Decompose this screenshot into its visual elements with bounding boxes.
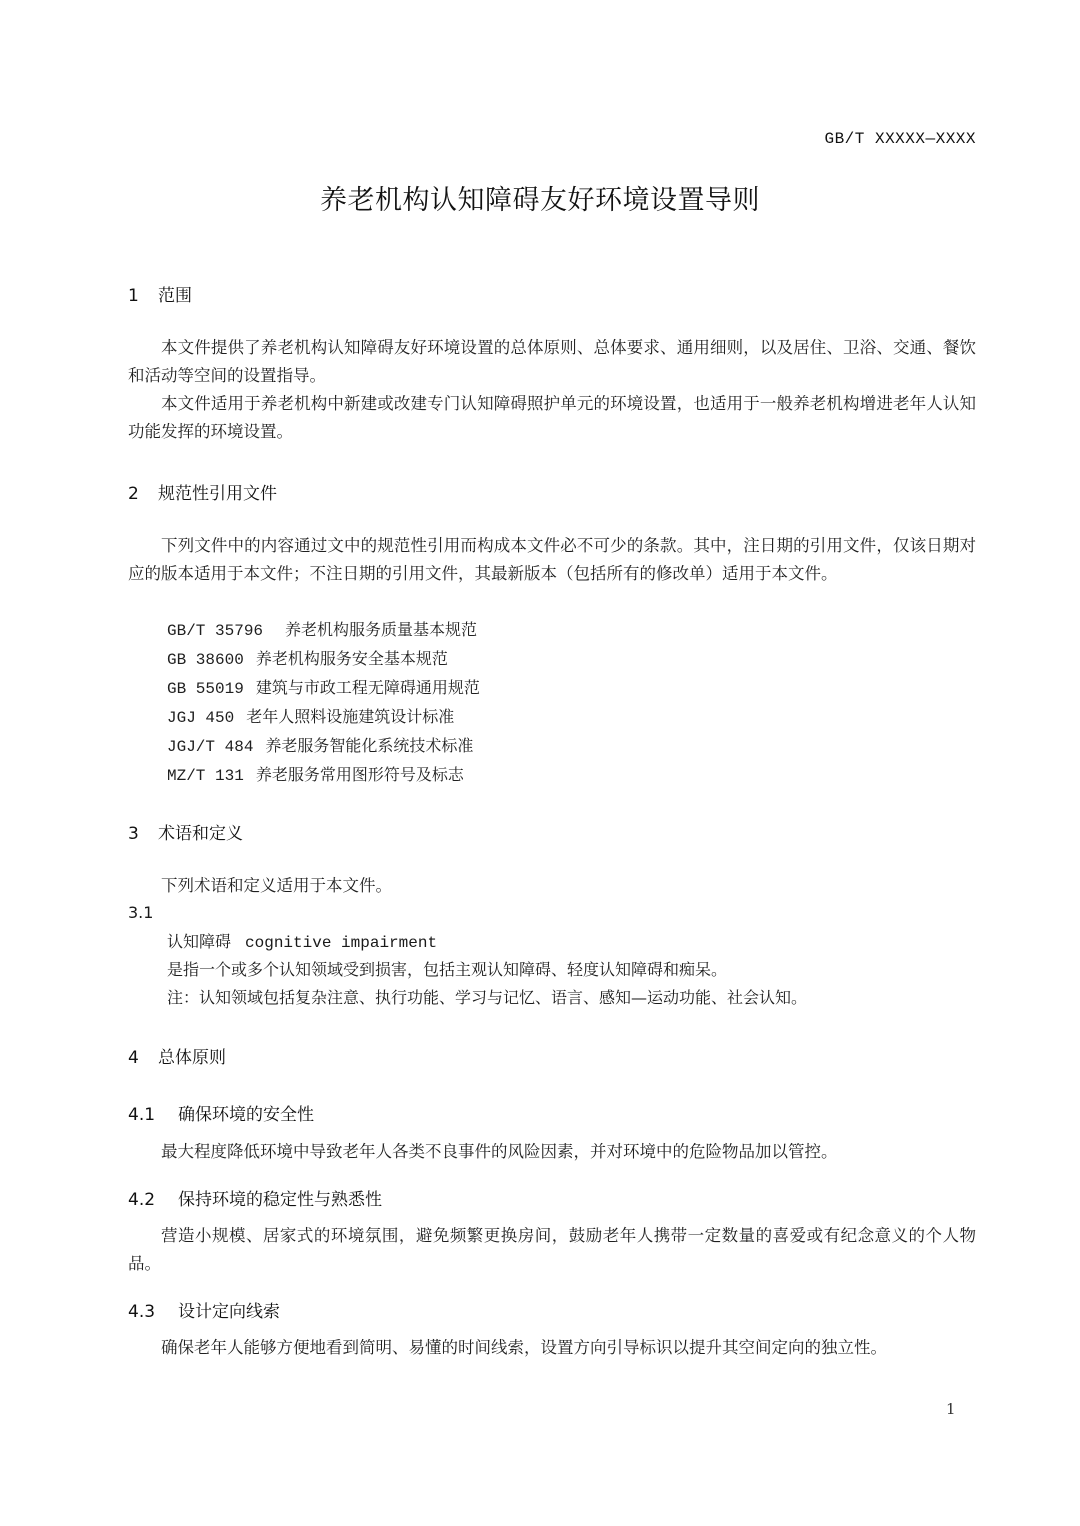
reference-item: JGJ/T 484养老服务智能化系统技术标准 — [167, 732, 976, 761]
subsection-number: 4.3 — [128, 1302, 178, 1322]
reference-title: 养老服务常用图形符号及标志 — [256, 765, 464, 784]
term-definition: 是指一个或多个认知领域受到损害，包括主观认知障碍、轻度认知障碍和痴呆。 — [167, 956, 976, 984]
reference-item: GB/T 35796养老机构服务质量基本规范 — [167, 616, 976, 645]
reference-title: 建筑与市政工程无障碍通用规范 — [256, 678, 480, 697]
reference-title: 养老机构服务安全基本规范 — [256, 649, 448, 668]
section-number: 3 — [128, 824, 158, 844]
reference-item: MZ/T 131养老服务常用图形符号及标志 — [167, 761, 976, 790]
section-heading-4: 4总体原则 — [128, 1043, 976, 1068]
section-title: 范围 — [158, 286, 192, 306]
term-english: cognitive impairment — [245, 934, 437, 952]
reference-item: JGJ 450老年人照料设施建筑设计标准 — [167, 703, 976, 732]
section-title: 术语和定义 — [158, 824, 243, 844]
normative-reference-list: GB/T 35796养老机构服务质量基本规范 GB 38600养老机构服务安全基… — [167, 616, 976, 790]
reference-code: MZ/T 131 — [167, 767, 244, 785]
reference-item: GB 55019建筑与市政工程无障碍通用规范 — [167, 674, 976, 703]
subsection-4-2-text: 营造小规模、居家式的环境氛围，避免频繁更换房间，鼓励老年人携带一定数量的喜爱或有… — [128, 1222, 976, 1278]
section-heading-2: 2规范性引用文件 — [128, 479, 976, 504]
subsection-number: 4.2 — [128, 1190, 178, 1210]
reference-title: 养老服务智能化系统技术标准 — [265, 736, 473, 755]
subsection-title: 确保环境的安全性 — [178, 1105, 314, 1125]
section-heading-1: 1范围 — [128, 281, 976, 306]
section-3-intro: 下列术语和定义适用于本文件。 — [128, 872, 976, 900]
reference-item: GB 38600养老机构服务安全基本规范 — [167, 645, 976, 674]
subsection-number: 4.1 — [128, 1105, 178, 1125]
subsection-heading-4-2: 4.2保持环境的稳定性与熟悉性 — [128, 1185, 976, 1210]
reference-title: 老年人照料设施建筑设计标准 — [246, 707, 454, 726]
subsection-heading-4-1: 4.1确保环境的安全性 — [128, 1100, 976, 1125]
document-page: GB/T XXXXX—XXXX 养老机构认知障碍友好环境设置导则 1范围 本文件… — [0, 0, 1080, 1526]
section-2-intro: 下列文件中的内容通过文中的规范性引用而构成本文件必不可少的条款。其中，注日期的引… — [128, 532, 976, 588]
section-heading-3: 3术语和定义 — [128, 819, 976, 844]
subsection-title: 保持环境的稳定性与熟悉性 — [178, 1190, 382, 1210]
section-number: 4 — [128, 1048, 158, 1068]
reference-code: JGJ/T 484 — [167, 738, 253, 756]
section-title: 总体原则 — [158, 1048, 226, 1068]
reference-title: 养老机构服务质量基本规范 — [285, 620, 477, 639]
section-number: 2 — [128, 484, 158, 504]
section-title: 规范性引用文件 — [158, 484, 277, 504]
section-1-paragraph-2: 本文件适用于养老机构中新建或改建专门认知障碍照护单元的环境设置，也适用于一般养老… — [128, 390, 976, 446]
term-number: 3.1 — [128, 903, 976, 922]
term-entry: 认知障碍cognitive impairment — [167, 928, 976, 957]
page-number: 1 — [946, 1400, 956, 1418]
subsection-title: 设计定向线索 — [178, 1302, 280, 1322]
term-note: 注：认知领域包括复杂注意、执行功能、学习与记忆、语言、感知—运动功能、社会认知。 — [167, 984, 976, 1012]
reference-code: GB/T 35796 — [167, 622, 263, 640]
subsection-4-3-text: 确保老年人能够方便地看到简明、易懂的时间线索，设置方向引导标识以提升其空间定向的… — [128, 1334, 976, 1362]
term-chinese: 认知障碍 — [167, 932, 231, 951]
reference-code: GB 38600 — [167, 651, 244, 669]
reference-code: JGJ 450 — [167, 709, 234, 727]
subsection-4-1-text: 最大程度降低环境中导致老年人各类不良事件的风险因素，并对环境中的危险物品加以管控… — [128, 1138, 976, 1166]
subsection-heading-4-3: 4.3设计定向线索 — [128, 1297, 976, 1322]
document-title: 养老机构认知障碍友好环境设置导则 — [0, 178, 1080, 217]
reference-code: GB 55019 — [167, 680, 244, 698]
standard-code: GB/T XXXXX—XXXX — [824, 130, 976, 148]
section-number: 1 — [128, 286, 158, 306]
section-1-paragraph-1: 本文件提供了养老机构认知障碍友好环境设置的总体原则、总体要求、通用细则，以及居住… — [128, 334, 976, 390]
